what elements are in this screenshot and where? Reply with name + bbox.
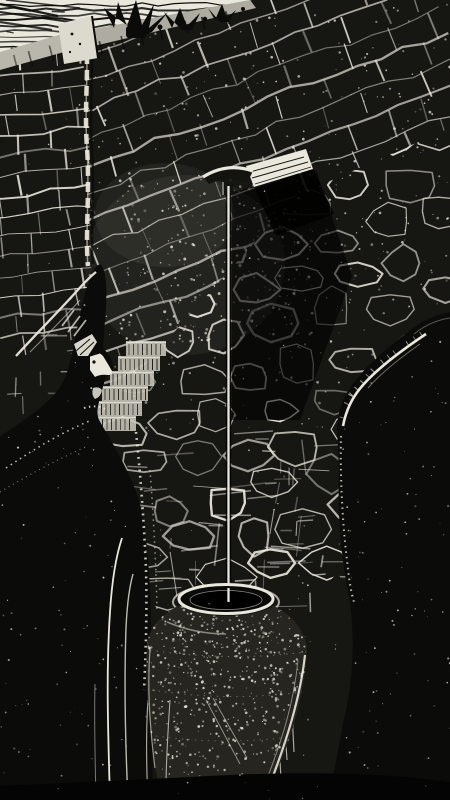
texture-mark xyxy=(233,635,234,636)
texture-mark xyxy=(179,241,181,243)
texture-mark xyxy=(26,700,27,701)
texture-mark xyxy=(201,316,202,317)
texture-mark xyxy=(115,687,117,689)
texture-mark xyxy=(160,681,162,683)
texture-mark xyxy=(238,645,241,648)
texture-mark xyxy=(424,611,425,612)
texture-mark xyxy=(152,711,155,714)
texture-mark xyxy=(174,721,175,722)
texture-mark xyxy=(212,686,213,687)
texture-mark xyxy=(197,764,199,766)
texture-mark xyxy=(99,182,100,183)
texture-mark xyxy=(165,678,167,680)
texture-mark xyxy=(8,659,10,661)
texture-mark xyxy=(375,512,377,514)
texture-mark xyxy=(401,241,404,244)
texture-mark xyxy=(358,557,359,558)
texture-mark xyxy=(178,620,181,623)
texture-mark xyxy=(233,74,234,75)
texture-mark xyxy=(145,427,148,430)
texture-mark xyxy=(272,716,275,719)
texture-mark xyxy=(270,56,273,59)
texture-mark xyxy=(151,249,153,251)
texture-mark xyxy=(58,487,59,488)
texture-mark xyxy=(223,278,225,280)
texture-mark xyxy=(245,650,247,652)
texture-mark xyxy=(45,462,46,463)
texture-mark xyxy=(354,275,356,277)
texture-mark xyxy=(178,731,180,733)
texture-mark xyxy=(447,505,449,507)
texture-mark xyxy=(209,749,211,751)
texture-mark xyxy=(229,679,231,681)
texture-mark xyxy=(155,148,156,149)
texture-mark xyxy=(277,99,279,101)
texture-mark xyxy=(102,659,104,661)
texture-mark xyxy=(229,619,231,621)
texture-mark xyxy=(271,762,272,763)
texture-mark xyxy=(126,282,128,284)
texture-mark xyxy=(74,708,75,709)
texture-mark xyxy=(171,238,172,239)
texture-mark xyxy=(367,767,368,768)
texture-mark xyxy=(174,622,176,624)
texture-mark xyxy=(81,426,82,427)
texture-mark xyxy=(261,707,262,708)
texture-mark xyxy=(187,689,188,690)
texture-mark xyxy=(277,698,279,700)
texture-mark xyxy=(251,693,252,694)
texture-mark xyxy=(255,653,256,654)
texture-mark xyxy=(111,566,112,567)
texture-mark xyxy=(205,328,208,331)
texture-mark xyxy=(358,87,360,89)
texture-mark xyxy=(270,563,290,564)
texture-mark xyxy=(233,643,235,645)
texture-mark xyxy=(162,639,163,640)
texture-mark xyxy=(193,244,195,246)
texture-mark xyxy=(203,698,205,700)
texture-mark xyxy=(162,56,164,58)
texture-mark xyxy=(122,318,125,321)
texture-mark xyxy=(209,692,212,695)
texture-mark xyxy=(442,611,443,612)
texture-mark xyxy=(43,313,44,332)
texture-mark xyxy=(397,673,398,674)
texture-mark xyxy=(193,616,195,618)
texture-mark xyxy=(15,705,16,706)
texture-mark xyxy=(199,775,200,776)
texture-mark xyxy=(276,705,279,708)
texture-mark xyxy=(145,716,147,718)
texture-mark xyxy=(60,725,61,726)
texture-mark xyxy=(226,637,228,639)
texture-mark xyxy=(79,104,81,106)
texture-mark xyxy=(180,659,181,660)
texture-mark xyxy=(27,264,29,266)
texture-mark xyxy=(169,766,171,768)
texture-mark xyxy=(197,684,198,685)
texture-mark xyxy=(241,620,242,621)
texture-mark xyxy=(381,508,382,509)
texture-mark xyxy=(23,396,24,414)
texture-mark xyxy=(319,157,320,158)
texture-mark xyxy=(297,59,299,61)
texture-mark xyxy=(213,625,214,626)
texture-mark xyxy=(118,291,120,293)
texture-mark xyxy=(275,700,277,702)
texture-mark xyxy=(126,337,128,339)
texture-mark xyxy=(119,332,120,333)
texture-mark xyxy=(152,704,155,707)
texture-mark xyxy=(154,33,156,35)
texture-mark xyxy=(168,363,170,365)
texture-mark xyxy=(234,723,236,725)
texture-mark xyxy=(117,138,119,140)
texture-mark xyxy=(39,434,41,436)
texture-mark xyxy=(197,114,199,116)
texture-mark xyxy=(298,575,300,577)
texture-mark xyxy=(338,332,339,333)
texture-mark xyxy=(213,691,215,693)
texture-mark xyxy=(234,676,236,678)
texture-mark xyxy=(200,32,202,34)
texture-mark xyxy=(189,372,191,374)
texture-mark xyxy=(212,622,214,624)
texture-mark xyxy=(199,294,201,296)
texture-mark xyxy=(249,52,251,54)
texture-mark xyxy=(277,674,279,676)
texture-mark xyxy=(187,613,189,615)
texture-mark xyxy=(317,786,318,787)
texture-mark xyxy=(257,471,259,473)
texture-mark xyxy=(270,664,273,667)
texture-mark xyxy=(187,782,189,784)
texture-mark xyxy=(178,215,179,216)
texture-mark xyxy=(172,362,175,365)
texture-mark xyxy=(218,251,221,254)
texture-mark xyxy=(443,534,444,535)
texture-mark xyxy=(103,577,105,579)
texture-mark xyxy=(185,641,187,643)
texture-mark xyxy=(251,68,252,69)
texture-mark xyxy=(91,359,93,361)
texture-mark xyxy=(263,81,265,83)
texture-mark xyxy=(164,680,165,681)
texture-mark xyxy=(222,620,223,621)
texture-mark xyxy=(432,214,433,215)
texture-mark xyxy=(179,740,180,741)
texture-mark xyxy=(377,275,379,277)
texture-mark xyxy=(198,708,201,711)
texture-mark xyxy=(334,19,336,21)
texture-mark xyxy=(185,242,187,244)
texture-mark xyxy=(167,294,168,295)
texture-mark xyxy=(123,322,124,323)
texture-mark xyxy=(216,661,217,662)
texture-mark xyxy=(256,648,258,650)
texture-mark xyxy=(422,149,424,151)
texture-mark xyxy=(341,96,342,97)
texture-mark xyxy=(341,172,342,173)
texture-mark xyxy=(377,96,378,97)
texture-mark xyxy=(176,697,178,699)
texture-mark xyxy=(232,628,234,630)
texture-mark xyxy=(374,231,376,233)
texture-mark xyxy=(191,209,192,210)
texture-mark xyxy=(245,621,247,623)
texture-mark xyxy=(342,178,343,179)
texture-mark xyxy=(329,163,330,164)
texture-mark xyxy=(183,649,186,652)
texture-mark xyxy=(406,149,407,150)
texture-mark xyxy=(389,88,391,90)
texture-mark xyxy=(174,300,177,303)
texture-mark xyxy=(248,676,251,679)
texture-mark xyxy=(188,313,190,315)
texture-mark xyxy=(127,272,129,274)
texture-mark xyxy=(122,50,125,53)
texture-mark xyxy=(127,262,128,263)
texture-mark xyxy=(254,671,256,673)
texture-mark xyxy=(272,631,273,632)
texture-mark xyxy=(75,362,76,363)
texture-mark xyxy=(83,571,84,572)
texture-mark xyxy=(201,681,204,684)
texture-mark xyxy=(235,642,236,643)
texture-mark xyxy=(144,272,146,274)
texture-mark xyxy=(213,330,215,332)
texture-mark xyxy=(128,185,130,187)
texture-mark xyxy=(363,731,364,732)
texture-mark xyxy=(209,663,210,664)
texture-mark xyxy=(95,688,96,689)
texture-mark xyxy=(418,518,420,520)
texture-mark xyxy=(174,277,176,279)
texture-mark xyxy=(220,147,221,148)
texture-mark xyxy=(199,274,201,276)
texture-mark xyxy=(127,311,128,312)
texture-mark xyxy=(446,4,448,6)
texture-mark xyxy=(49,263,50,264)
texture-mark xyxy=(214,684,216,686)
texture-mark xyxy=(20,634,22,636)
texture-mark xyxy=(381,243,383,245)
texture-mark xyxy=(152,665,155,668)
texture-mark xyxy=(192,410,193,411)
texture-mark xyxy=(272,671,273,672)
texture-mark xyxy=(373,691,375,693)
texture-mark xyxy=(265,711,267,713)
texture-mark xyxy=(204,641,206,643)
texture-mark xyxy=(336,189,337,190)
texture-mark xyxy=(193,279,195,281)
texture-mark xyxy=(257,100,258,101)
texture-mark xyxy=(242,678,245,681)
texture-mark xyxy=(207,657,208,658)
texture-mark xyxy=(433,466,435,468)
texture-mark xyxy=(216,759,217,760)
texture-mark xyxy=(188,75,189,76)
texture-mark xyxy=(182,229,184,231)
texture-mark xyxy=(280,691,282,693)
texture-mark xyxy=(265,648,267,650)
jug-mouth-opening xyxy=(190,591,262,610)
texture-mark xyxy=(32,451,33,452)
texture-mark xyxy=(66,118,67,119)
texture-mark xyxy=(2,504,3,505)
texture-mark xyxy=(371,243,374,246)
texture-mark xyxy=(404,206,406,208)
texture-mark xyxy=(180,632,182,634)
texture-mark xyxy=(177,723,178,724)
texture-mark xyxy=(391,620,393,622)
texture-mark xyxy=(399,96,401,98)
texture-mark xyxy=(141,188,142,189)
texture-mark xyxy=(280,671,283,674)
texture-mark xyxy=(269,619,270,620)
texture-mark xyxy=(228,719,229,720)
texture-mark xyxy=(257,732,258,733)
texture-mark xyxy=(177,635,179,637)
texture-mark xyxy=(354,279,355,280)
texture-mark xyxy=(348,530,350,532)
texture-mark xyxy=(216,253,218,255)
texture-mark xyxy=(324,126,325,127)
texture-mark xyxy=(184,772,185,773)
texture-mark xyxy=(228,738,230,740)
texture-mark xyxy=(174,195,175,196)
texture-mark xyxy=(201,624,204,627)
texture-mark xyxy=(353,160,356,163)
texture-mark xyxy=(335,648,336,649)
texture-mark xyxy=(186,646,188,648)
texture-mark xyxy=(369,710,370,711)
texture-mark xyxy=(364,93,366,95)
texture-mark xyxy=(90,387,92,389)
texture-mark xyxy=(436,217,439,220)
texture-mark xyxy=(97,638,98,639)
texture-mark xyxy=(179,299,181,301)
texture-mark xyxy=(174,651,176,653)
texture-mark xyxy=(281,668,283,670)
texture-mark xyxy=(301,675,303,677)
texture-mark xyxy=(406,533,408,535)
texture-mark xyxy=(99,663,100,664)
texture-mark xyxy=(362,552,364,554)
texture-mark xyxy=(385,69,387,71)
texture-mark xyxy=(223,387,226,390)
texture-mark xyxy=(239,185,242,188)
texture-mark xyxy=(228,377,229,378)
texture-mark xyxy=(338,51,340,53)
texture-mark xyxy=(204,652,205,653)
texture-mark xyxy=(197,289,200,292)
texture-mark xyxy=(407,120,409,122)
texture-mark xyxy=(239,774,241,776)
texture-mark xyxy=(191,771,193,773)
texture-mark xyxy=(202,721,204,723)
texture-mark xyxy=(344,428,346,430)
texture-mark xyxy=(241,629,242,630)
texture-mark xyxy=(295,292,296,293)
texture-mark xyxy=(90,166,92,168)
texture-mark xyxy=(349,302,350,303)
texture-mark xyxy=(270,688,271,689)
texture-mark xyxy=(156,182,157,183)
texture-mark xyxy=(212,747,214,749)
texture-mark xyxy=(394,397,395,398)
texture-mark xyxy=(346,506,348,508)
texture-mark xyxy=(166,723,168,725)
texture-mark xyxy=(198,337,200,339)
texture-mark xyxy=(173,677,174,678)
texture-mark xyxy=(21,538,22,539)
texture-mark xyxy=(203,214,205,216)
texture-mark xyxy=(335,644,336,645)
texture-mark xyxy=(401,567,402,568)
texture-mark xyxy=(196,662,199,665)
texture-mark xyxy=(179,753,181,755)
texture-mark xyxy=(97,247,99,249)
texture-mark xyxy=(168,264,170,266)
texture-mark xyxy=(358,248,360,250)
texture-mark xyxy=(415,111,417,113)
texture-mark xyxy=(376,721,377,722)
texture-mark xyxy=(278,690,280,692)
texture-mark xyxy=(419,108,421,110)
texture-mark xyxy=(346,367,347,368)
texture-mark xyxy=(277,617,278,618)
texture-mark xyxy=(412,74,413,75)
texture-mark xyxy=(366,442,368,444)
texture-mark xyxy=(335,184,336,185)
texture-mark xyxy=(224,262,225,263)
texture-mark xyxy=(168,773,170,775)
texture-mark xyxy=(268,750,269,751)
texture-mark xyxy=(136,668,137,669)
texture-mark xyxy=(249,715,251,717)
texture-mark xyxy=(429,111,432,114)
texture-mark xyxy=(303,93,305,95)
texture-mark xyxy=(251,675,252,676)
texture-mark xyxy=(154,739,157,742)
texture-mark xyxy=(251,679,254,682)
texture-mark xyxy=(6,683,7,684)
texture-mark xyxy=(271,747,273,749)
texture-mark xyxy=(208,603,210,605)
texture-mark xyxy=(192,51,194,53)
texture-mark xyxy=(191,662,192,663)
texture-mark xyxy=(420,152,421,153)
texture-mark xyxy=(352,354,354,356)
texture-mark xyxy=(175,729,178,732)
texture-mark xyxy=(357,499,358,500)
texture-mark xyxy=(3,772,4,773)
texture-mark xyxy=(215,710,217,712)
texture-mark xyxy=(156,113,157,114)
texture-mark xyxy=(235,703,237,705)
texture-mark xyxy=(130,218,132,220)
texture-mark xyxy=(335,134,336,135)
texture-mark xyxy=(174,271,177,274)
texture-mark xyxy=(351,94,352,95)
texture-mark xyxy=(65,672,67,674)
texture-mark xyxy=(154,742,155,743)
texture-mark xyxy=(182,643,184,645)
texture-mark xyxy=(63,628,65,630)
texture-mark xyxy=(234,650,237,653)
